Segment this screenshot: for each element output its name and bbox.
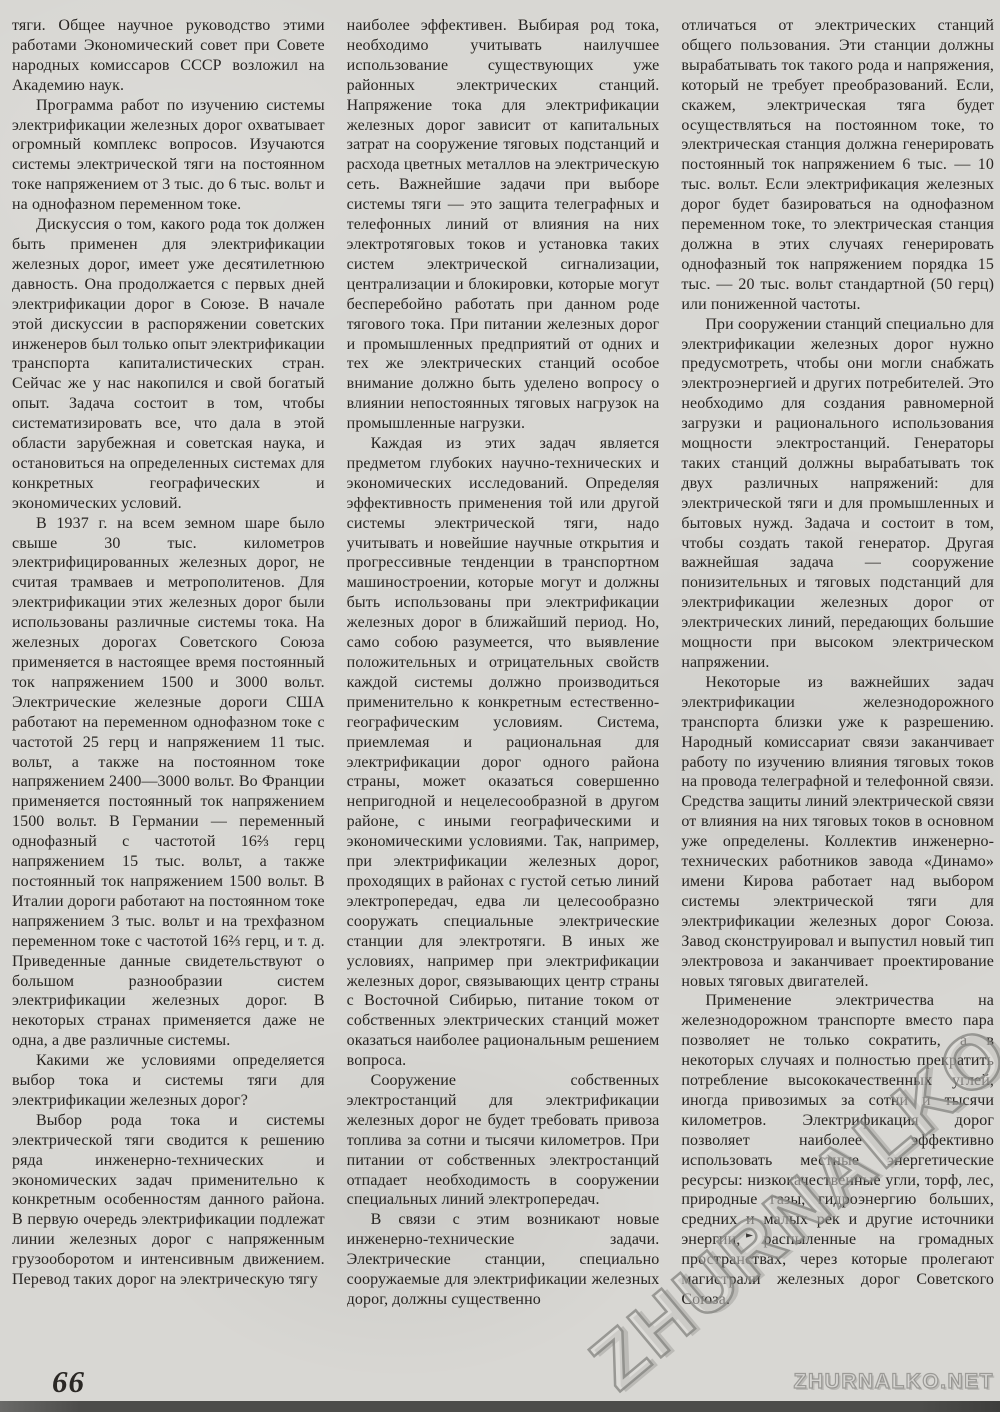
text-column-2: наиболее эффективен. Выбирая род тока, н… bbox=[347, 16, 660, 1378]
paragraph: Сооружение собственных электростанций дл… bbox=[347, 1071, 660, 1210]
article-text-columns: тяги. Общее научное руководство этими ра… bbox=[12, 16, 994, 1378]
watermark-small: ZHURNALKO.NET bbox=[794, 1370, 994, 1394]
text-column-3: отличаться от электрических станций обще… bbox=[681, 16, 994, 1378]
paragraph: В связи с этим возникают новые инженерно… bbox=[347, 1210, 660, 1310]
paragraph: Какими же условиями определяется выбор т… bbox=[12, 1051, 325, 1111]
paragraph: отличаться от электрических станций обще… bbox=[681, 16, 994, 315]
paragraph: Программа работ по изучению системы элек… bbox=[12, 96, 325, 215]
paragraph: Выбор рода тока и системы электрической … bbox=[12, 1111, 325, 1290]
scanned-magazine-page: { "page_number": "66", "watermark": { "l… bbox=[0, 0, 1000, 1412]
paragraph: При сооружении станций специально для эл… bbox=[681, 315, 994, 673]
page-number: 66 bbox=[52, 1364, 85, 1400]
paragraph: тяги. Общее научное руководство этими ра… bbox=[12, 16, 325, 96]
scan-edge-bar bbox=[0, 1401, 1000, 1412]
paragraph: В 1937 г. на всем земном шаре было свыше… bbox=[12, 514, 325, 1051]
paragraph: Некоторые из важнейших задач электрифика… bbox=[681, 673, 994, 992]
paragraph: Дискуссия о том, какого рода ток должен … bbox=[12, 215, 325, 514]
paragraph: Каждая из этих задач является предметом … bbox=[347, 434, 660, 1071]
paragraph: наиболее эффективен. Выбирая род тока, н… bbox=[347, 16, 660, 434]
paragraph: Применение электричества на железнодорож… bbox=[681, 991, 994, 1310]
text-column-1: тяги. Общее научное руководство этими ра… bbox=[12, 16, 325, 1378]
